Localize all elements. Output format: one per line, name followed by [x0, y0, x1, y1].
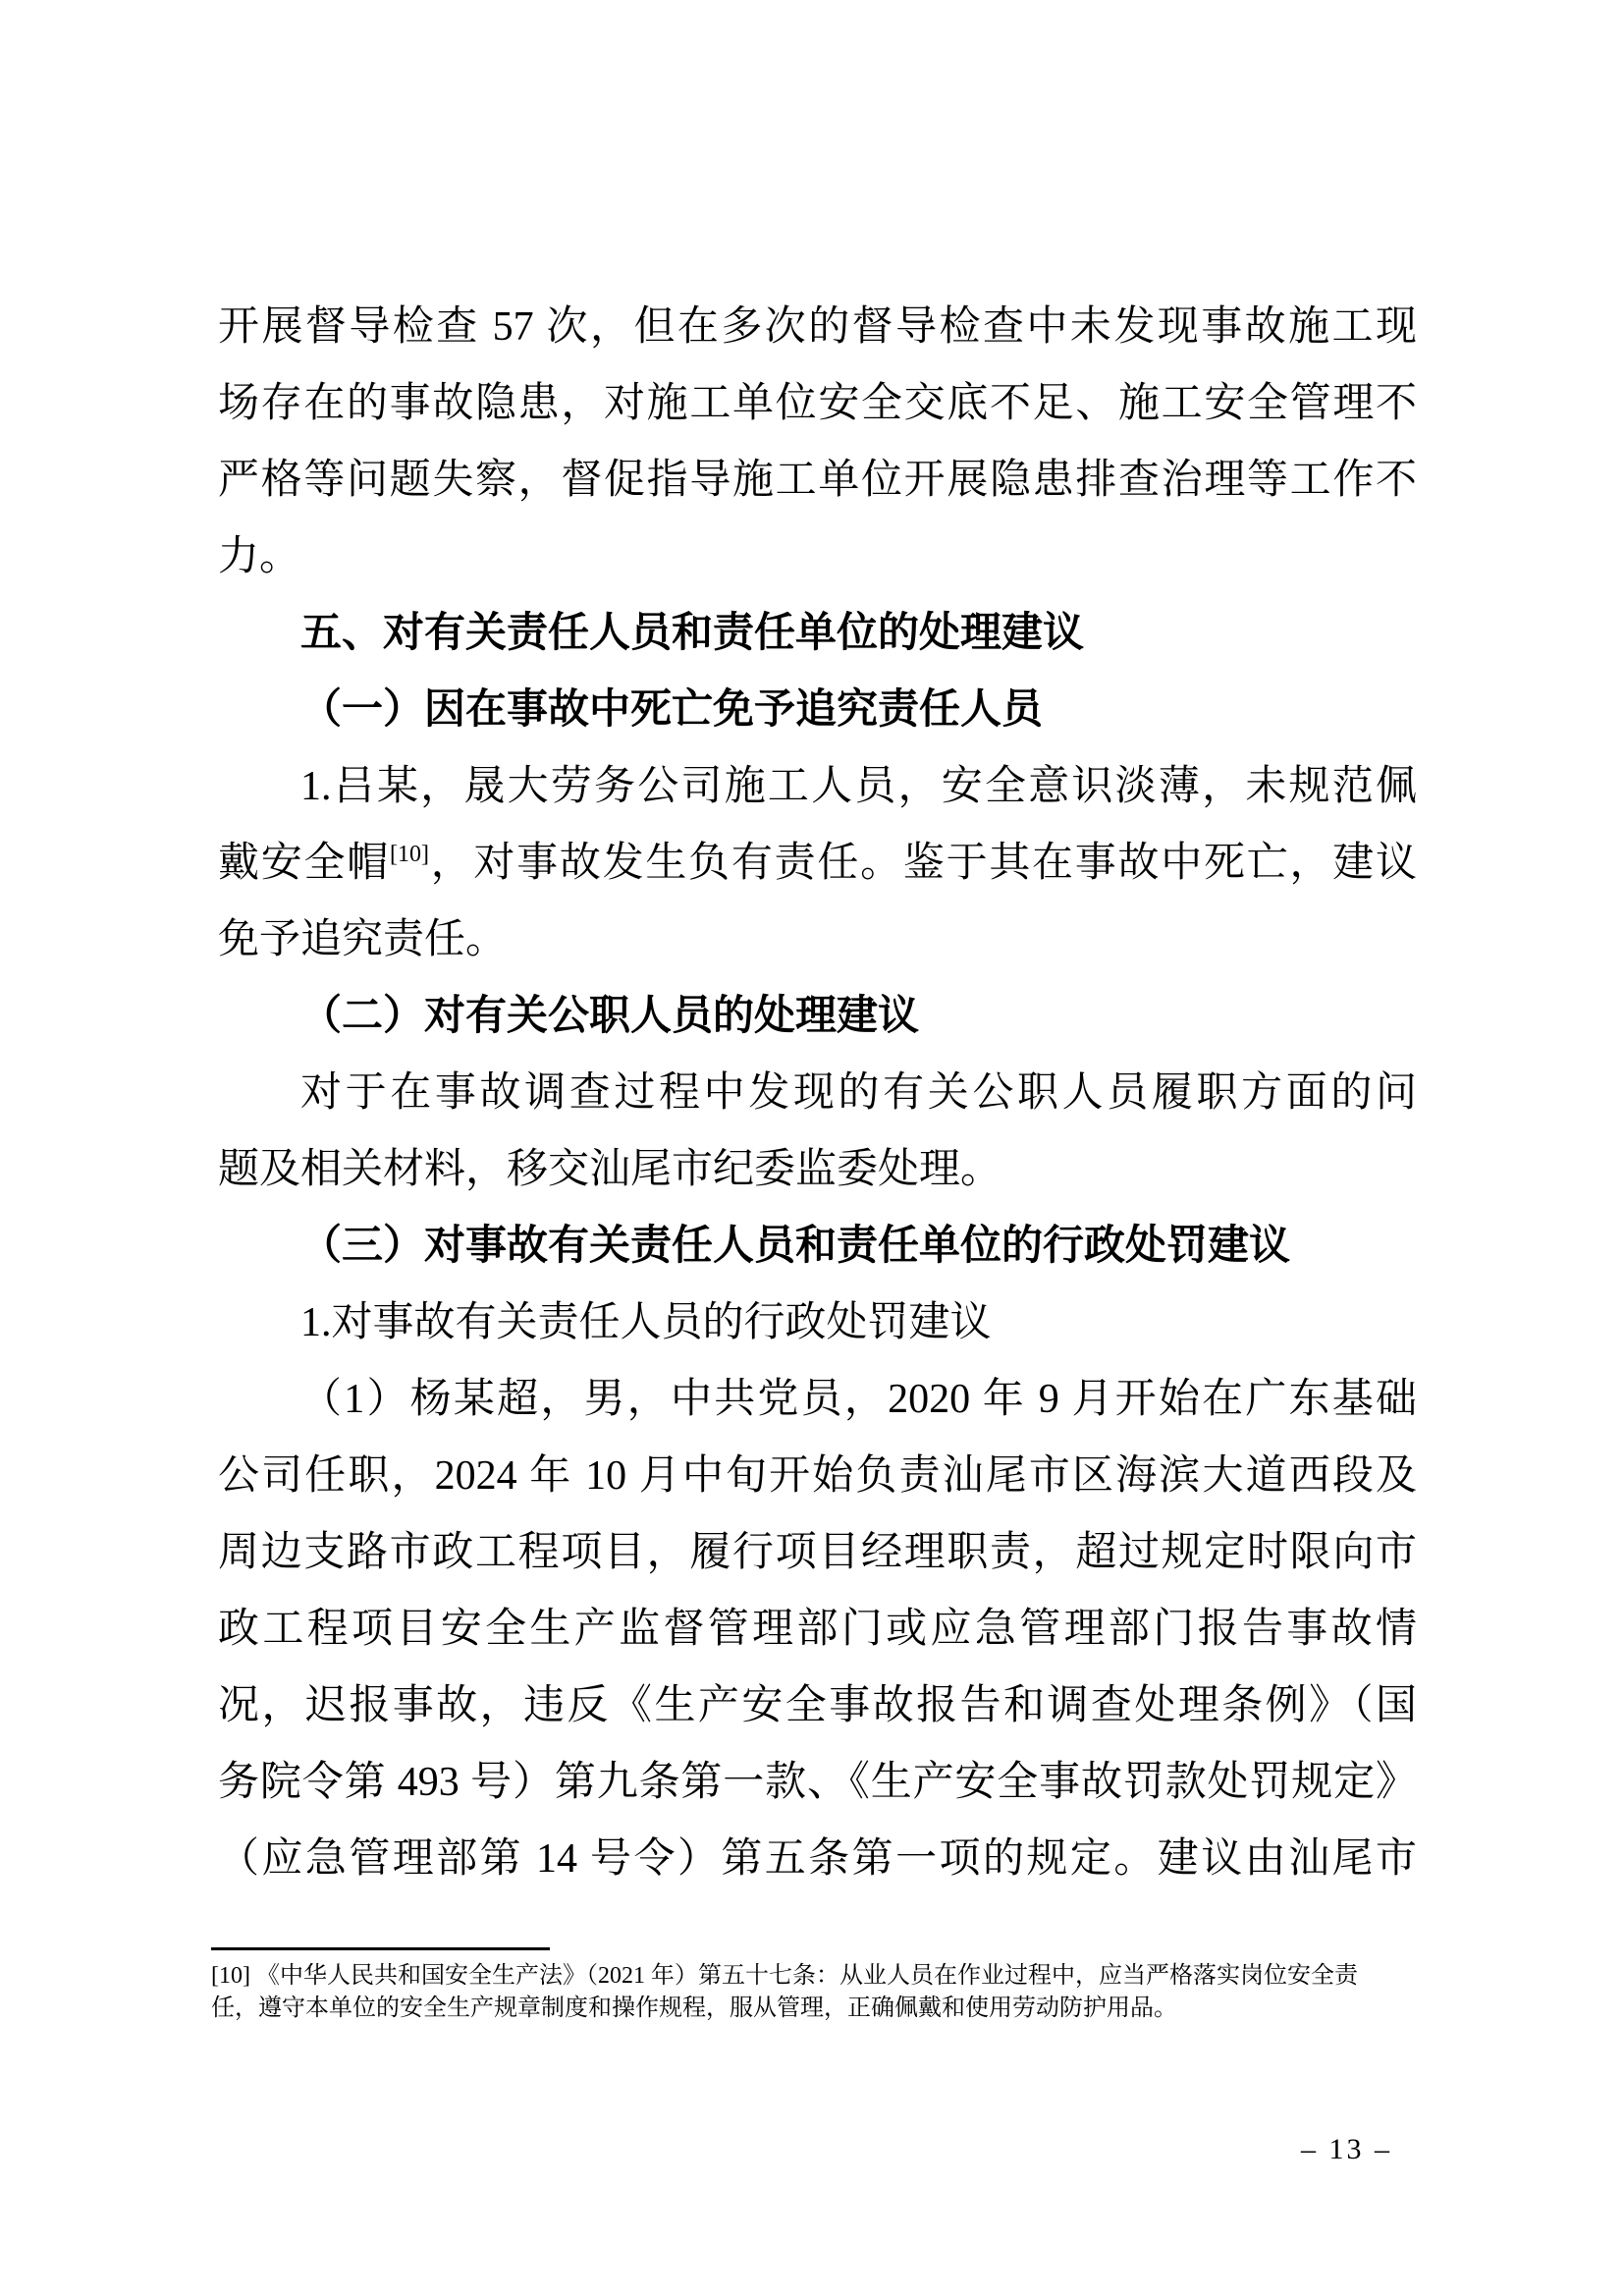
text-line: 严格等问题失察，督促指导施工单位开展隐患排查治理等工作不: [218, 442, 1417, 519]
text-line: 务院令第 493 号）第九条第一款、《生产安全事故罚款处罚规定》: [218, 1744, 1417, 1821]
text-line: 1.对事故有关责任人员的行政处罚建议: [218, 1285, 1417, 1361]
body-text: 开展督导检查 57 次，但在多次的督导检查中未发现事故施工现 场存在的事故隐患，…: [218, 289, 1417, 1897]
footnote-separator: [211, 1947, 550, 1950]
footnote-reference: [10]: [390, 842, 429, 867]
subsection-heading-1: （一）因在事故中死亡免予追究责任人员: [218, 672, 1417, 748]
subsection-heading-2: （二）对有关公职人员的处理建议: [218, 978, 1417, 1055]
text-line: 1.吕某，晟大劳务公司施工人员，安全意识淡薄，未规范佩: [218, 748, 1417, 825]
text-segment: ，对事故发生负有责任。鉴于其在事故中死亡，建议: [429, 841, 1417, 886]
text-line: 免予追究责任。: [218, 902, 1417, 978]
text-line: 周边支路市政工程项目，履行项目经理职责，超过规定时限向市: [218, 1514, 1417, 1591]
text-line: （1）杨某超，男，中共党员，2020 年 9 月开始在广东基础: [218, 1361, 1417, 1438]
subsection-heading-3: （三）对事故有关责任人员和责任单位的行政处罚建议: [218, 1208, 1417, 1285]
text-line: 公司任职，2024 年 10 月中旬开始负责汕尾市区海滨大道西段及: [218, 1438, 1417, 1514]
footnote-line: 任，遵守本单位的安全生产规章制度和操作规程，服从管理，正确佩戴和使用劳动防护用品…: [211, 1993, 1434, 2025]
footnote-line: [10] 《中华人民共和国安全生产法》（2021 年）第五十七条：从业人员在作业…: [211, 1960, 1434, 1993]
text-line: 开展督导检查 57 次，但在多次的督导检查中未发现事故施工现: [218, 289, 1417, 365]
document-page: 开展督导检查 57 次，但在多次的督导检查中未发现事故施工现 场存在的事故隐患，…: [0, 0, 1623, 2296]
section-heading-5: 五、对有关责任人员和责任单位的处理建议: [218, 595, 1417, 672]
text-line: 对于在事故调查过程中发现的有关公职人员履职方面的问: [218, 1055, 1417, 1131]
text-line: 力。: [218, 519, 1417, 595]
text-line: 况，迟报事故，违反《生产安全事故报告和调查处理条例》（国: [218, 1667, 1417, 1744]
text-segment: 戴安全帽: [218, 841, 390, 886]
text-line: 题及相关材料，移交汕尾市纪委监委处理。: [218, 1131, 1417, 1208]
page-number: – 13 –: [1301, 2133, 1392, 2166]
footnote: [10] 《中华人民共和国安全生产法》（2021 年）第五十七条：从业人员在作业…: [211, 1960, 1434, 2025]
text-line: 戴安全帽[10]，对事故发生负有责任。鉴于其在事故中死亡，建议: [218, 825, 1417, 902]
text-line: 政工程项目安全生产监督管理部门或应急管理部门报告事故情: [218, 1591, 1417, 1667]
text-line: 场存在的事故隐患，对施工单位安全交底不足、施工安全管理不: [218, 365, 1417, 442]
text-line: （应急管理部第 14 号令）第五条第一项的规定。建议由汕尾市: [218, 1821, 1417, 1897]
